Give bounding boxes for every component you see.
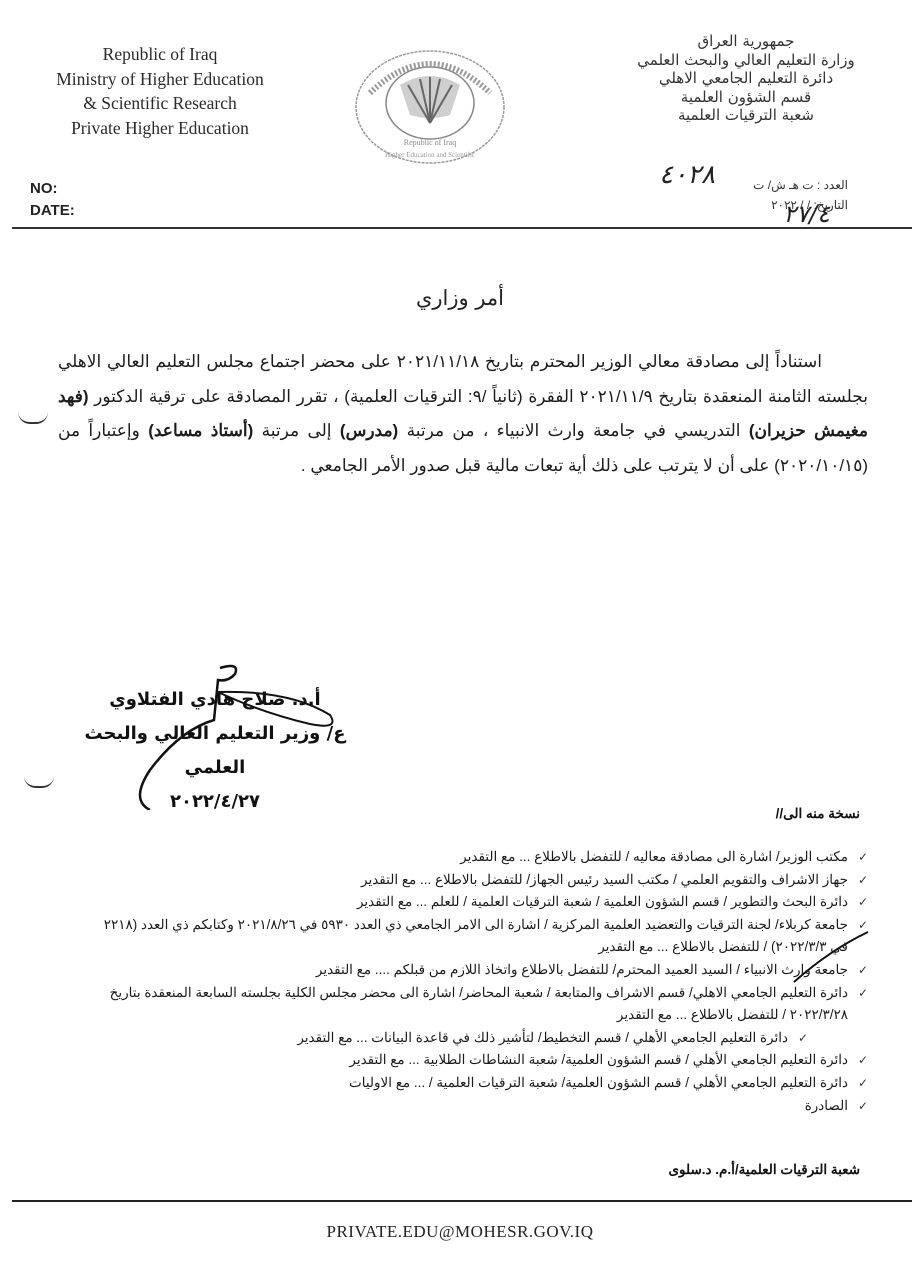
letterhead-line-ar: قسم الشؤون العلمية	[596, 88, 896, 107]
cc-item: ✓مكتب الوزير/ اشارة الى مصادقة معاليه / …	[88, 846, 868, 869]
no-date-fields: NO: DATE:	[30, 178, 75, 222]
cc-item: ✓دائرة التعليم الجامعي الاهلي/ قسم الاشر…	[88, 982, 868, 1027]
letterhead-line-ar: دائرة التعليم الجامعي الاهلي	[596, 69, 896, 88]
prepared-by: شعبة الترقيات العلمية/أ.م. د.سلوى	[668, 1162, 860, 1178]
order-body: استناداً إلى مصادقة معالي الوزير المحترم…	[58, 345, 868, 483]
handwritten-date: ٢٧/٤	[783, 200, 830, 228]
body-text-part: استناداً إلى مصادقة معالي الوزير المحترم…	[58, 352, 868, 406]
ministry-seal-icon: Republic of Iraq Higher Education and Sc…	[350, 45, 510, 170]
english-letterhead: Republic of Iraq Ministry of Higher Educ…	[20, 42, 300, 140]
date-label: DATE:	[30, 200, 75, 222]
check-icon: ✓	[858, 1095, 868, 1118]
cc-item: ✓دائرة التعليم الجامعي الأهلي / قسم الشؤ…	[88, 1049, 868, 1072]
body-text-part: إلى مرتبة	[253, 421, 340, 440]
cc-item: ✓دائرة التعليم الجامعي الأهلي / قسم التخ…	[88, 1027, 868, 1050]
cc-item: ✓دائرة التعليم الجامعي الأهلي / قسم الشؤ…	[88, 1072, 868, 1095]
cc-heading: نسخة منه الى//	[776, 806, 860, 822]
cc-item: ✓الصادرة	[88, 1095, 868, 1118]
no-label: NO:	[30, 178, 75, 200]
check-icon: ✓	[858, 1049, 868, 1072]
cc-item: ✓جامعة كربلاء/ لجنة الترقيات والتعضيد ال…	[88, 914, 868, 959]
svg-text:Higher Education and Scientifi: Higher Education and Scientific	[385, 151, 475, 159]
letterhead-line-ar: وزارة التعليم العالي والبحث العلمي	[596, 51, 896, 70]
svg-text:Republic of Iraq: Republic of Iraq	[404, 138, 456, 147]
contact-email: PRIVATE.EDU@MOHESR.GOV.IQ	[0, 1222, 920, 1242]
arabic-letterhead: جمهورية العراق وزارة التعليم العالي والب…	[596, 32, 896, 125]
check-icon: ✓	[798, 1027, 808, 1050]
rank-from: (مدرس)	[340, 421, 398, 440]
cc-item: ✓جامعة وارث الانبياء / السيد العميد المح…	[88, 959, 868, 982]
letterhead-line: Republic of Iraq	[20, 42, 300, 67]
check-icon: ✓	[858, 891, 868, 914]
check-icon: ✓	[858, 869, 868, 892]
handwritten-signature-icon	[90, 660, 350, 810]
check-icon: ✓	[858, 1072, 868, 1095]
handwritten-reference-number: ٤٠٢٨	[659, 160, 715, 190]
check-icon: ✓	[858, 846, 868, 869]
cc-list: ✓مكتب الوزير/ اشارة الى مصادقة معاليه / …	[88, 846, 868, 1117]
header-divider	[12, 227, 912, 229]
letterhead-line: Private Higher Education	[20, 116, 300, 141]
document-title: أمر وزاري	[0, 286, 920, 310]
body-text-part: التدريسي في جامعة وارث الانبياء ، من مرت…	[398, 421, 749, 440]
handwritten-tick-icon	[790, 930, 870, 990]
punch-hole-mark	[18, 412, 48, 424]
rank-to: (أستاذ مساعد)	[148, 421, 253, 440]
cc-item: ✓دائرة البحث والتطوير / قسم الشؤون العلم…	[88, 891, 868, 914]
letterhead-line-ar: جمهورية العراق	[596, 32, 896, 51]
punch-hole-mark	[24, 776, 54, 788]
letterhead-line-ar: شعبة الترقيات العلمية	[596, 106, 896, 125]
reference-number-label: العدد : ت هـ ش/ ت	[753, 175, 848, 195]
letterhead-line: & Scientific Research	[20, 91, 300, 116]
letterhead-line: Ministry of Higher Education	[20, 67, 300, 92]
cc-item: ✓جهاز الاشراف والتقويم العلمي / مكتب الس…	[88, 869, 868, 892]
footer-divider	[12, 1200, 912, 1202]
